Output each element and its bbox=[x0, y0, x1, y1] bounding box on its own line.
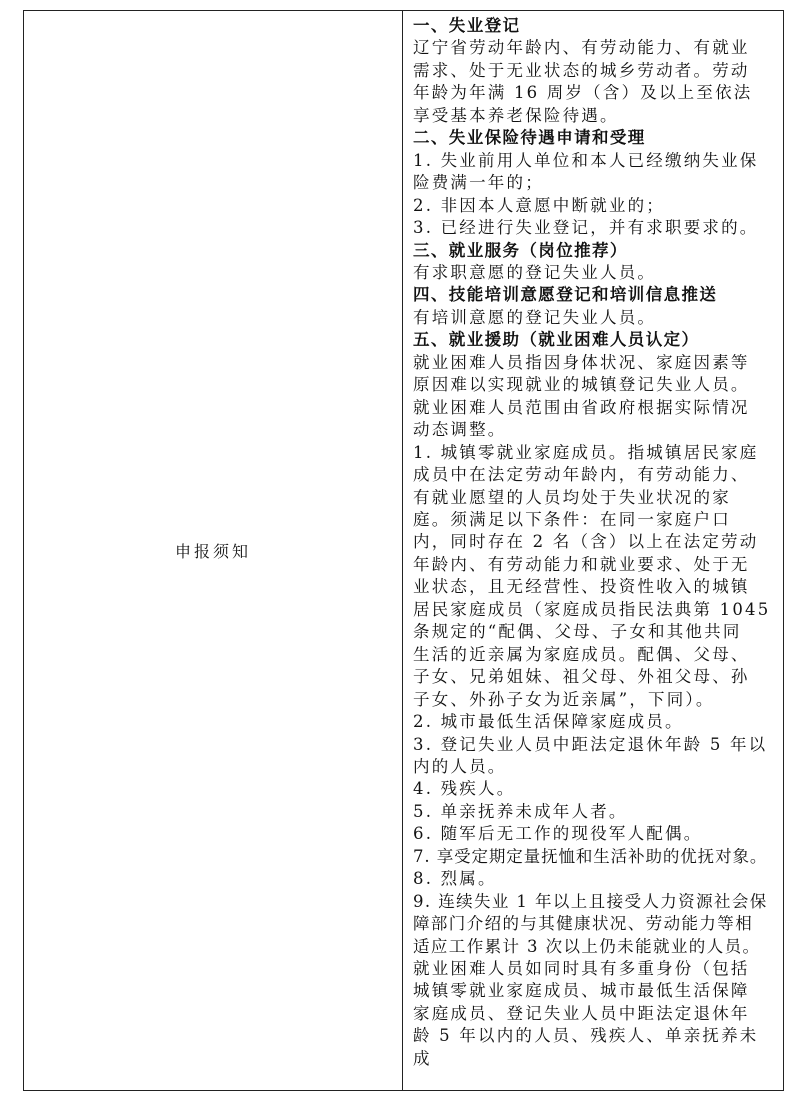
section-line: 障部门介绍的与其健康状况、劳动能力等相 bbox=[413, 913, 777, 935]
section-line: 有就业愿望的人员均处于失业状况的家 bbox=[413, 487, 777, 509]
section-line: 家庭成员、登记失业人员中距法定退休年 bbox=[413, 1003, 777, 1025]
section-line: 条规定的“配偶、父母、子女和其他共同 bbox=[413, 621, 777, 643]
section-line: 有培训意愿的登记失业人员。 bbox=[413, 307, 777, 329]
section-line: 4. 残疾人。 bbox=[413, 778, 777, 800]
section-line: 需求、处于无业状态的城乡劳动者。劳动 bbox=[413, 60, 777, 82]
section-employment-assistance: 五、就业援助（就业困难人员认定） 就业困难人员指因身体状况、家庭因素等 原因难以… bbox=[413, 329, 777, 1070]
section-line: 庭。须满足以下条件：在同一家庭户口 bbox=[413, 509, 777, 531]
section-line: 内的人员。 bbox=[413, 756, 777, 778]
section-line: 3. 登记失业人员中距法定退休年龄 5 年以 bbox=[413, 734, 777, 756]
section-line: 年龄内、有劳动能力和就业要求、处于无 bbox=[413, 554, 777, 576]
section-line: 1. 失业前用人单位和本人已经缴纳失业保 bbox=[413, 150, 777, 172]
section-line: 城镇零就业家庭成员、城市最低生活保障 bbox=[413, 980, 777, 1002]
section-line: 居民家庭成员（家庭成员指民法典第 1045 bbox=[413, 599, 777, 621]
section-line: 有求职意愿的登记失业人员。 bbox=[413, 262, 777, 284]
section-heading: 二、失业保险待遇申请和受理 bbox=[413, 127, 777, 149]
section-line: 就业困难人员指因身体状况、家庭因素等 bbox=[413, 352, 777, 374]
section-line: 7. 享受定期定量抚恤和生活补助的优抚对象。 bbox=[413, 846, 777, 868]
section-line: 8. 烈属。 bbox=[413, 868, 777, 890]
section-line: 2. 非因本人意愿中断就业的； bbox=[413, 195, 777, 217]
section-line: 享受基本养老保险待遇。 bbox=[413, 105, 777, 127]
row-label: 申报须知 bbox=[175, 539, 251, 562]
section-line: 6. 随军后无工作的现役军人配偶。 bbox=[413, 823, 777, 845]
section-heading: 五、就业援助（就业困难人员认定） bbox=[413, 329, 777, 351]
section-line: 就业困难人员范围由省政府根据实际情况 bbox=[413, 397, 777, 419]
section-unemployment-registration: 一、失业登记 辽宁省劳动年龄内、有劳动能力、有就业 需求、处于无业状态的城乡劳动… bbox=[413, 15, 777, 127]
section-line: 原因难以实现就业的城镇登记失业人员。 bbox=[413, 374, 777, 396]
section-heading: 一、失业登记 bbox=[413, 15, 777, 37]
section-unemployment-insurance: 二、失业保险待遇申请和受理 1. 失业前用人单位和本人已经缴纳失业保 险费满一年… bbox=[413, 127, 777, 239]
content-cell: 一、失业登记 辽宁省劳动年龄内、有劳动能力、有就业 需求、处于无业状态的城乡劳动… bbox=[403, 11, 783, 1090]
section-line: 成员中在法定劳动年龄内，有劳动能力、 bbox=[413, 464, 777, 486]
section-line: 业状态，且无经营性、投资性收入的城镇 bbox=[413, 576, 777, 598]
section-line: 辽宁省劳动年龄内、有劳动能力、有就业 bbox=[413, 37, 777, 59]
section-skills-training: 四、技能培训意愿登记和培训信息推送 有培训意愿的登记失业人员。 bbox=[413, 284, 777, 329]
section-line: 子女、外孙子女为近亲属”，下同）。 bbox=[413, 689, 777, 711]
section-line: 动态调整。 bbox=[413, 419, 777, 441]
section-line: 险费满一年的； bbox=[413, 172, 777, 194]
section-employment-service: 三、就业服务（岗位推荐） 有求职意愿的登记失业人员。 bbox=[413, 240, 777, 285]
section-heading: 三、就业服务（岗位推荐） bbox=[413, 240, 777, 262]
section-line: 1. 城镇零就业家庭成员。指城镇居民家庭 bbox=[413, 442, 777, 464]
label-cell: 申报须知 bbox=[24, 11, 403, 1090]
section-line: 2. 城市最低生活保障家庭成员。 bbox=[413, 711, 777, 733]
section-line: 适应工作累计 3 次以上仍未能就业的人员。 bbox=[413, 936, 777, 958]
section-line: 子女、兄弟姐妹、祖父母、外祖父母、孙 bbox=[413, 666, 777, 688]
section-line: 生活的近亲属为家庭成员。配偶、父母、 bbox=[413, 644, 777, 666]
section-heading: 四、技能培训意愿登记和培训信息推送 bbox=[413, 284, 777, 306]
section-line: 内，同时存在 2 名（含）以上在法定劳动 bbox=[413, 531, 777, 553]
section-line: 3. 已经进行失业登记，并有求职要求的。 bbox=[413, 217, 777, 239]
section-line: 就业困难人员如同时具有多重身份（包括 bbox=[413, 958, 777, 980]
application-notice-table: 申报须知 一、失业登记 辽宁省劳动年龄内、有劳动能力、有就业 需求、处于无业状态… bbox=[23, 10, 784, 1091]
section-line: 年龄为年满 16 周岁（含）及以上至依法 bbox=[413, 82, 777, 104]
section-line: 9. 连续失业 1 年以上且接受人力资源社会保 bbox=[413, 891, 777, 913]
section-line: 龄 5 年以内的人员、残疾人、单亲抚养未成 bbox=[413, 1025, 777, 1070]
section-line: 5. 单亲抚养未成年人者。 bbox=[413, 801, 777, 823]
